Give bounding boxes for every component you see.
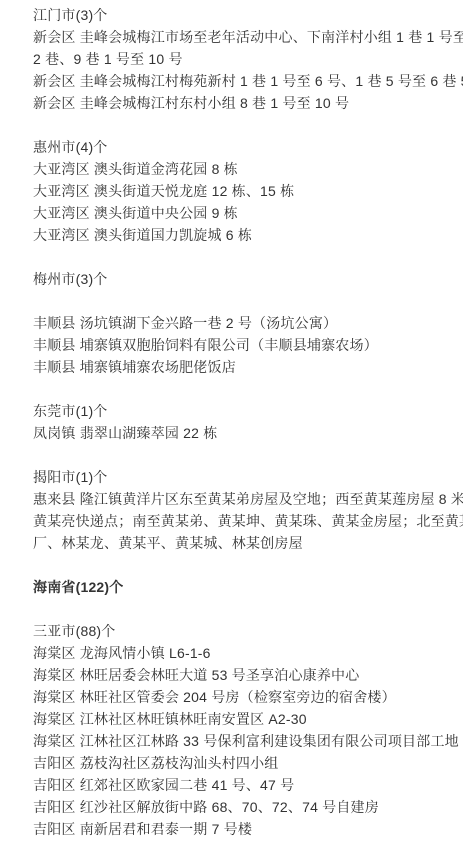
city-section: 揭阳市(1)个惠来县 隆江镇黄洋片区东至黄某弟房屋及空地；西至黄某莲房屋 8 米… bbox=[33, 466, 457, 554]
entry-line: 大亚湾区 澳头街道中央公园 9 栋 bbox=[33, 202, 457, 224]
entry-line: 惠来县 隆江镇黄洋片区东至黄某弟房屋及空地；西至黄某莲房屋 8 米巷道、 bbox=[33, 488, 457, 510]
city-section-title: 江门市(3)个 bbox=[33, 4, 457, 26]
entry-line: 凤岗镇 翡翠山湖臻萃园 22 栋 bbox=[33, 422, 457, 444]
entry-line: 吉阳区 红郊社区欧家园二巷 41 号、47 号 bbox=[33, 774, 457, 796]
entry-line: 海棠区 江林社区林旺镇林旺南安置区 A2-30 bbox=[33, 708, 457, 730]
entry-line: 丰顺县 埔寨镇双胞胎饲料有限公司（丰顺县埔寨农场） bbox=[33, 334, 457, 356]
entry-line: 新会区 圭峰会城梅江村梅苑新村 1 巷 1 号至 6 号、1 巷 5 号至 6 … bbox=[33, 70, 457, 92]
entry-line: 海棠区 林旺社区管委会 204 号房（检察室旁边的宿舍楼） bbox=[33, 686, 457, 708]
city-section-title: 三亚市(88)个 bbox=[33, 620, 457, 642]
entry-line: 黄某亮快递点；南至黄某弟、黄某坤、黄某珠、黄某金房屋；北至黄某彬纸 bbox=[33, 510, 457, 532]
entry-line: 大亚湾区 澳头街道天悦龙庭 12 栋、15 栋 bbox=[33, 180, 457, 202]
city-section: 梅州市(3)个丰顺县 汤坑镇湖下金兴路一巷 2 号（汤坑公寓）丰顺县 埔寨镇双胞… bbox=[33, 268, 457, 378]
city-section: 惠州市(4)个大亚湾区 澳头街道金湾花园 8 栋大亚湾区 澳头街道天悦龙庭 12… bbox=[33, 136, 457, 246]
risk-area-list-document: 江门市(3)个新会区 圭峰会城梅江市场至老年活动中心、下南洋村小组 1 巷 1 … bbox=[0, 0, 463, 845]
blank-line bbox=[33, 290, 457, 312]
province-section-title: 海南省(122)个 bbox=[33, 576, 457, 598]
entry-line: 厂、林某龙、黄某平、黄某城、林某创房屋 bbox=[33, 532, 457, 554]
city-section: 东莞市(1)个凤岗镇 翡翠山湖臻萃园 22 栋 bbox=[33, 400, 457, 444]
entry-line: 2 巷、9 巷 1 号至 10 号 bbox=[33, 48, 457, 70]
entry-line: 海棠区 林旺居委会林旺大道 53 号圣享泊心康养中心 bbox=[33, 664, 457, 686]
entry-line: 吉阳区 南新居君和君泰一期 7 号楼 bbox=[33, 818, 457, 840]
city-section-title: 揭阳市(1)个 bbox=[33, 466, 457, 488]
entry-line: 海棠区 龙海风情小镇 L6-1-6 bbox=[33, 642, 457, 664]
entry-line: 丰顺县 汤坑镇湖下金兴路一巷 2 号（汤坑公寓） bbox=[33, 312, 457, 334]
city-section-title: 梅州市(3)个 bbox=[33, 268, 457, 290]
entry-line: 大亚湾区 澳头街道国力凯旋城 6 栋 bbox=[33, 224, 457, 246]
entry-line: 吉阳区 红沙社区解放街中路 68、70、72、74 号自建房 bbox=[33, 796, 457, 818]
city-section: 江门市(3)个新会区 圭峰会城梅江市场至老年活动中心、下南洋村小组 1 巷 1 … bbox=[33, 4, 457, 114]
city-section-title: 惠州市(4)个 bbox=[33, 136, 457, 158]
entry-line: 新会区 圭峰会城梅江村东村小组 8 巷 1 号至 10 号 bbox=[33, 92, 457, 114]
city-section: 海南省(122)个 bbox=[33, 576, 457, 598]
entry-line: 海棠区 江林社区江林路 33 号保利富利建设集团有限公司项目部工地 bbox=[33, 730, 457, 752]
entry-line: 丰顺县 埔寨镇埔寨农场肥佬饭店 bbox=[33, 356, 457, 378]
city-section: 三亚市(88)个海棠区 龙海风情小镇 L6-1-6海棠区 林旺居委会林旺大道 5… bbox=[33, 620, 457, 840]
entry-line: 吉阳区 荔枝沟社区荔枝沟汕头村四小组 bbox=[33, 752, 457, 774]
entry-line: 大亚湾区 澳头街道金湾花园 8 栋 bbox=[33, 158, 457, 180]
entry-line: 新会区 圭峰会城梅江市场至老年活动中心、下南洋村小组 1 巷 1 号至 9 号、 bbox=[33, 26, 457, 48]
city-section-title: 东莞市(1)个 bbox=[33, 400, 457, 422]
